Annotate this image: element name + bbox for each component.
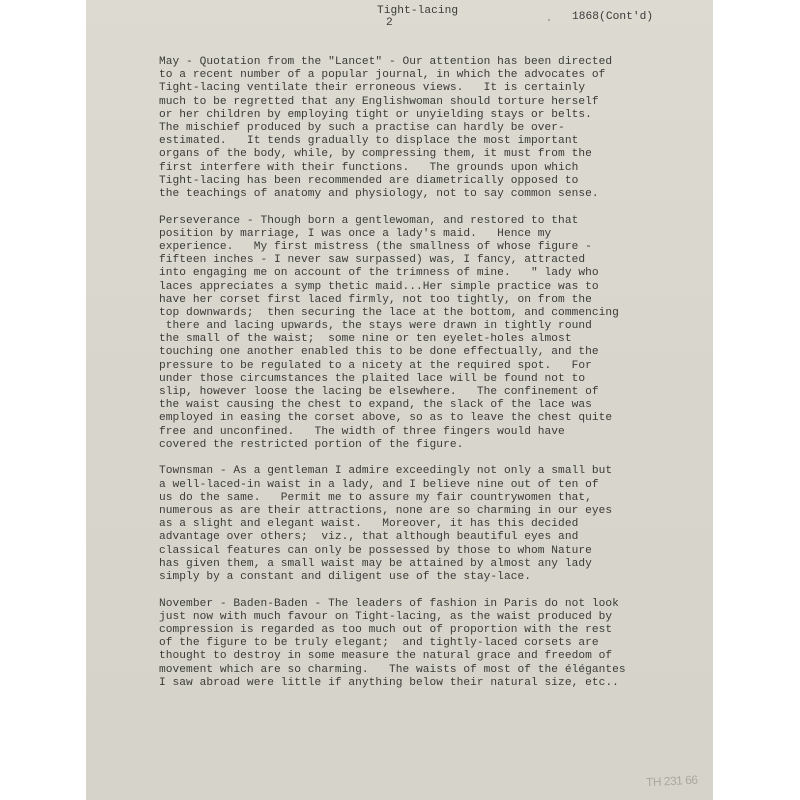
text-line: have her corset first laced firmly, not … bbox=[159, 294, 719, 307]
text-line: of the figure to be truly elegant; and t… bbox=[159, 637, 719, 650]
text-line: free and unconfined. The width of three … bbox=[159, 426, 719, 439]
text-line: classical features can only be possessed… bbox=[159, 545, 719, 558]
document-page: Tight-lacing 2 1868(Cont'd) May - Quotat… bbox=[86, 0, 713, 800]
archive-stamp: TH 231 66 bbox=[646, 773, 698, 790]
text-line: pressure to be regulated to a nicety at … bbox=[159, 360, 719, 373]
text-line: Tight-lacing has been recommended are di… bbox=[159, 175, 719, 188]
year-label: 1868(Cont'd) bbox=[572, 11, 653, 24]
text-line: into engaging me on account of the trimn… bbox=[159, 267, 719, 280]
text-line: experience. My first mistress (the small… bbox=[159, 241, 719, 254]
text-line: I saw abroad were little if anything bel… bbox=[159, 677, 719, 690]
text-line: laces appreciates a symp thetic maid...H… bbox=[159, 281, 719, 294]
text-line: Tight-lacing ventilate their erroneous v… bbox=[159, 82, 719, 95]
text-line: movement which are so charming. The wais… bbox=[159, 664, 719, 677]
text-line: slip, however loose the lacing be elsewh… bbox=[159, 386, 719, 399]
text-line: covered the restricted portion of the fi… bbox=[159, 439, 719, 452]
text-line: touching one another enabled this to be … bbox=[159, 346, 719, 359]
text-line: as a slight and elegant waist. Moreover,… bbox=[159, 518, 719, 531]
paper-speck bbox=[548, 19, 550, 21]
text-line: the small of the waist; some nine or ten… bbox=[159, 333, 719, 346]
text-line: simply by a constant and diligent use of… bbox=[159, 571, 719, 584]
text-line: under those circumstances the plaited la… bbox=[159, 373, 719, 386]
text-line: November - Baden-Baden - The leaders of … bbox=[159, 598, 719, 611]
text-line: first interfere with their functions. Th… bbox=[159, 162, 719, 175]
text-line: advantage over others; viz., that althou… bbox=[159, 531, 719, 544]
text-line: top downwards; then securing the lace at… bbox=[159, 307, 719, 320]
text-line: has given them, a small waist may be att… bbox=[159, 558, 719, 571]
paragraph-perseverance: Perseverance - Though born a gentlewoman… bbox=[159, 215, 719, 452]
text-line: position by marriage, I was once a lady'… bbox=[159, 228, 719, 241]
text-line: Townsman - As a gentleman I admire excee… bbox=[159, 465, 719, 478]
page-number: 2 bbox=[386, 17, 393, 30]
text-line: much to be regretted that any Englishwom… bbox=[159, 96, 719, 109]
text-line: estimated. It tends gradually to displac… bbox=[159, 135, 719, 148]
text-line: organs of the body, while, by compressin… bbox=[159, 148, 719, 161]
text-line: The mischief produced by such a practise… bbox=[159, 122, 719, 135]
text-line: the waist causing the chest to expand, t… bbox=[159, 399, 719, 412]
text-line: the teachings of anatomy and physiology,… bbox=[159, 188, 719, 201]
text-line: or her children by employing tight or un… bbox=[159, 109, 719, 122]
text-line: to a recent number of a popular journal,… bbox=[159, 69, 719, 82]
text-line: compression is regarded as too much out … bbox=[159, 624, 719, 637]
document-body: May - Quotation from the "Lancet" - Our … bbox=[159, 56, 719, 703]
text-line: numerous as are their attractions, none … bbox=[159, 505, 719, 518]
paragraph-may-lancet: May - Quotation from the "Lancet" - Our … bbox=[159, 56, 719, 201]
paragraph-townsman: Townsman - As a gentleman I admire excee… bbox=[159, 465, 719, 584]
text-line: May - Quotation from the "Lancet" - Our … bbox=[159, 56, 719, 69]
text-line: thought to destroy in some measure the n… bbox=[159, 650, 719, 663]
paragraph-november-baden: November - Baden-Baden - The leaders of … bbox=[159, 598, 719, 690]
text-line: a well-laced-in waist in a lady, and I b… bbox=[159, 479, 719, 492]
text-line: us do the same. Permit me to assure my f… bbox=[159, 492, 719, 505]
text-line: just now with much favour on Tight-lacin… bbox=[159, 611, 719, 624]
text-line: employed in easing the corset above, so … bbox=[159, 412, 719, 425]
text-line: Perseverance - Though born a gentlewoman… bbox=[159, 215, 719, 228]
text-line: fifteen inches - I never saw surpassed) … bbox=[159, 254, 719, 267]
text-line: there and lacing upwards, the stays were… bbox=[159, 320, 719, 333]
